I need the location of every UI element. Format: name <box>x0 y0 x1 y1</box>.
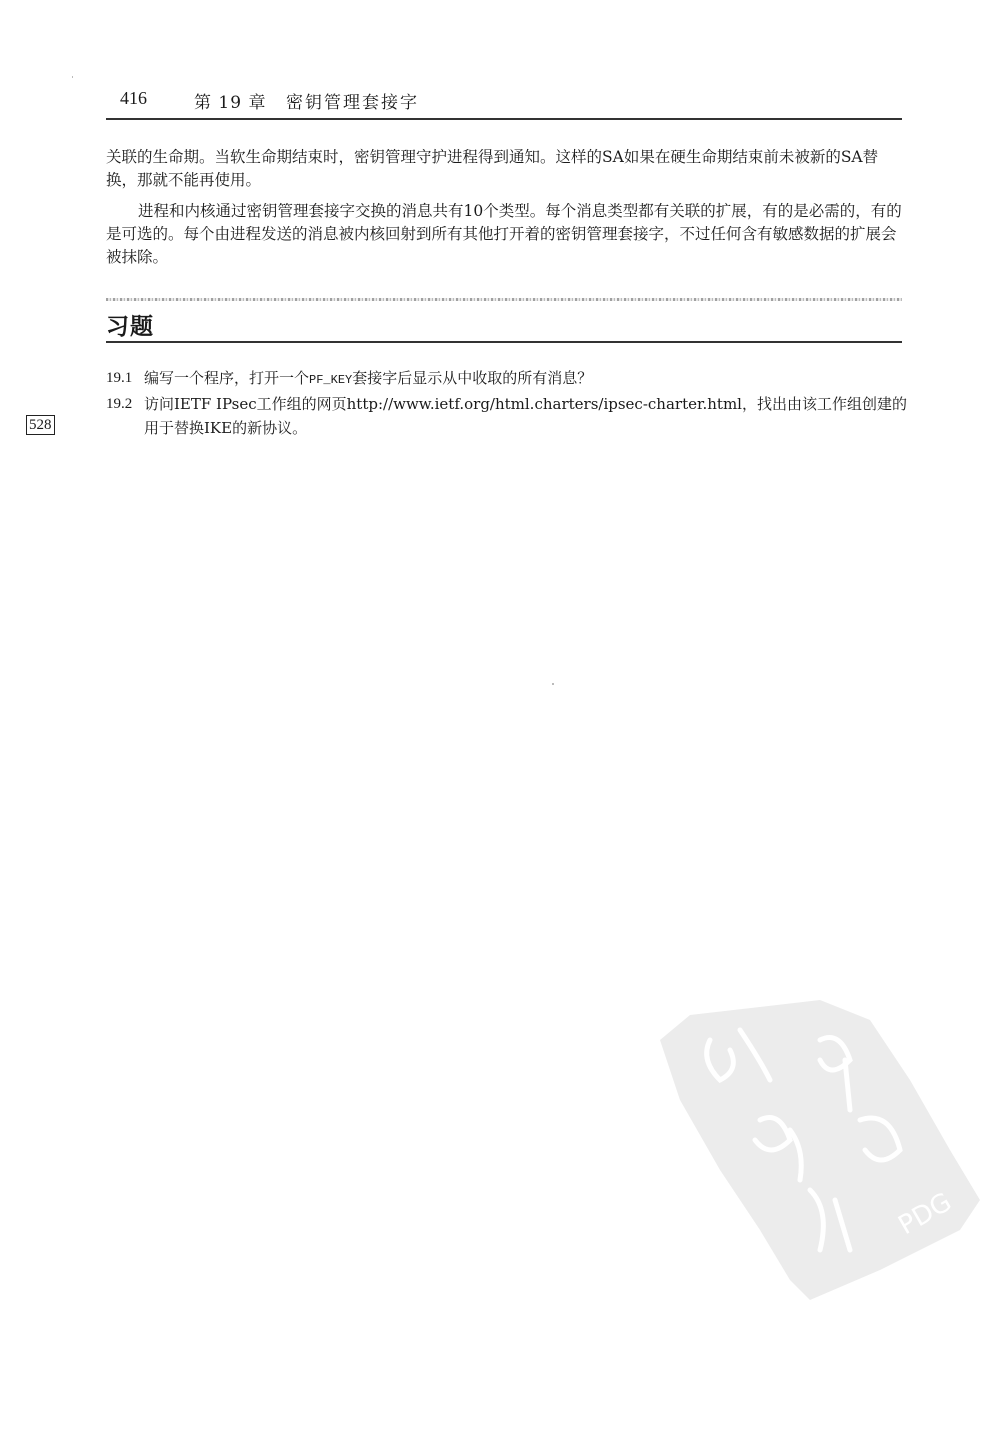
margin-page-reference: 528 <box>26 415 55 435</box>
exercise-number: 19.2 <box>106 392 132 416</box>
page-number: 416 <box>120 88 147 109</box>
paragraph-1: 关联的生命期。当软生命期结束时，密钥管理守护进程得到通知。这样的SA如果在硬生命… <box>106 146 902 192</box>
watermark-seal: PDG <box>650 1000 980 1300</box>
seal-icon: PDG <box>650 1000 980 1300</box>
exercise-text-part: 套接字后显示从中收取的所有消息？ <box>352 369 592 387</box>
chapter-title: 密钥管理套接字 <box>286 88 419 113</box>
section-rule <box>106 341 902 343</box>
exercise-number: 19.1 <box>106 366 132 390</box>
section-title: 习题 <box>106 308 154 341</box>
header-rule <box>106 118 902 120</box>
scan-speck <box>552 683 554 685</box>
chapter-label: 第 19 章 <box>194 88 266 113</box>
exercise-text: 编写一个程序，打开一个PF_KEY套接字后显示从中收取的所有消息？ <box>144 366 914 392</box>
exercise-text-part: 编写一个程序，打开一个 <box>144 369 309 387</box>
exercise-text: 访问IETF IPsec工作组的网页http://www.ietf.org/ht… <box>144 392 914 440</box>
scan-speck <box>72 76 73 78</box>
running-header: 416 第 19 章 密钥管理套接字 <box>106 88 902 118</box>
section-divider <box>106 298 902 301</box>
paragraph-2: 进程和内核通过密钥管理套接字交换的消息共有10个类型。每个消息类型都有关联的扩展… <box>106 200 902 269</box>
code-inline: PF_KEY <box>309 373 352 387</box>
